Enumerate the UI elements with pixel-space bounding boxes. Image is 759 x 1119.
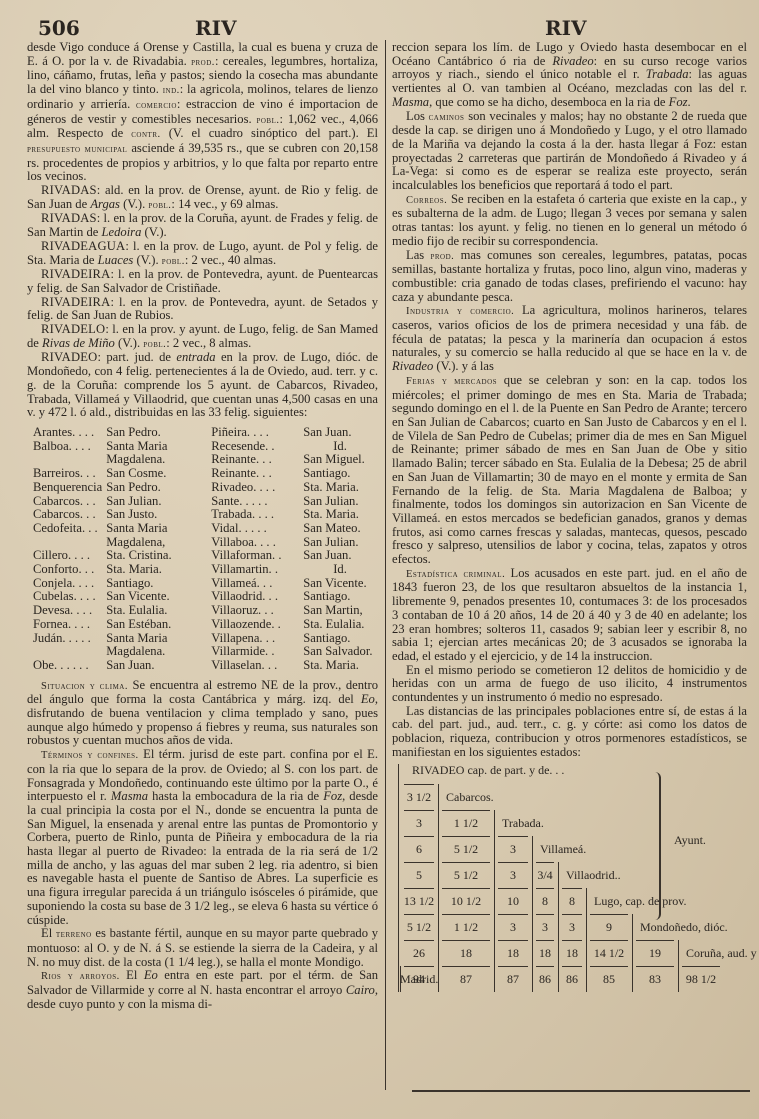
distance-row-label: Trabada.: [502, 813, 544, 833]
cell-rule: [536, 966, 554, 967]
parish-row: Conforto. . .Sta. Maria.Villamartin. .Id…: [33, 563, 375, 577]
cell-rule: [562, 940, 582, 941]
distance-table-title: RIVADEO cap. de part. y de. . .: [412, 764, 564, 778]
entry-rivadeira-1: RIVADEIRA: l. en la prov. de Pontevedra,…: [27, 268, 378, 295]
distance-cell: 6: [400, 839, 438, 859]
parish-place: [33, 536, 104, 550]
parish-patron: San Julian.: [303, 495, 374, 509]
right-column: reccion separa los lím. de Lugo y Oviedo…: [392, 41, 747, 1014]
parish-row: Cedofeita. . .Santa MariaVidal. . . . .S…: [33, 522, 375, 536]
distance-cell: 10 1/2: [438, 891, 494, 911]
running-head-left: RIV: [195, 16, 237, 40]
distance-cell: 3/4: [532, 865, 558, 885]
distance-cell: 3: [532, 917, 558, 937]
distance-cell: 13 1/2: [400, 891, 438, 911]
cell-rule: [562, 966, 582, 967]
section-distancias: Las distancias de las principales poblac…: [392, 705, 747, 760]
distance-cell: 8: [532, 891, 558, 911]
parish-place: Barreiros. . .: [33, 467, 104, 481]
distance-cell: 9: [586, 917, 632, 937]
section-ferias: Ferias y mercados que se celebran y son:…: [392, 374, 747, 567]
parish-patron: San Pedro.: [104, 481, 203, 495]
parish-row: Cabarcos. . .San Justo.Trabada. . . .Sta…: [33, 508, 375, 522]
distance-table: RIVADEO cap. de part. y de. . . Ayunt. 3…: [400, 764, 747, 1014]
parish-patron: Santiago.: [104, 577, 203, 591]
cell-rule: [536, 862, 554, 863]
parish-place: Villaodrid. . .: [203, 590, 303, 604]
parish-place: Villaboa. . . .: [203, 536, 303, 550]
entry-rivadeira-2: RIVADEIRA: l. en la prov. de Pontevedra,…: [27, 296, 378, 323]
parish-place: Conforto. . .: [33, 563, 104, 577]
distance-cell: 14 1/2: [586, 943, 632, 963]
parish-row: Obe. . . . . .San Juan.Villaselan. . .St…: [33, 659, 375, 673]
cell-rule: [590, 914, 628, 915]
distance-cell: 18: [532, 943, 558, 963]
cell-rule: [590, 966, 628, 967]
parish-patron: San Estéban.: [104, 618, 203, 632]
parish-patron: San Mateo.: [303, 522, 374, 536]
table-left-rule: [398, 764, 399, 992]
section-industria: Industria y comercio. La agricultura, mo…: [392, 304, 747, 374]
entry-rivadeagua: RIVADEAGUA: l. en la prov. de Lugo, ayun…: [27, 240, 378, 268]
parish-place: Villapena. . .: [203, 632, 303, 646]
running-header: 506 RIV RIV: [0, 16, 759, 40]
parish-place: Recesende. .: [203, 440, 303, 454]
parish-row: Cabarcos. . .San Julian.Sante. . . . .Sa…: [33, 495, 375, 509]
distance-cell: 5 1/2: [438, 839, 494, 859]
parish-patron: San Vicente.: [303, 577, 374, 591]
parish-place: Sante. . . . .: [203, 495, 303, 509]
section-situacion: Situacion y clima. Se encuentra al estre…: [27, 679, 378, 749]
parish-row: Devesa. . . .Sta. Eulalia.Villaoruz. . .…: [33, 604, 375, 618]
parish-patron: San Martin,: [303, 604, 374, 618]
parish-place: Benquerencia: [33, 481, 104, 495]
distance-cell: 10: [494, 891, 532, 911]
parish-place: Villameá. . .: [203, 577, 303, 591]
parish-patron: Sta. Eulalia.: [303, 618, 374, 632]
parish-row: Conjela. . . .Santiago.Villameá. . .San …: [33, 577, 375, 591]
section-terreno: El terreno es bastante fértil, aunque en…: [27, 927, 378, 969]
parish-row: BenquerenciaSan Pedro.Rivadeo. . . .Sta.…: [33, 481, 375, 495]
cell-rule: [562, 914, 582, 915]
distance-cell: 1 1/2: [438, 917, 494, 937]
section-terminos: Términos y confines. El térm. jurisd de …: [27, 748, 378, 927]
parish-patron: Sta. Maria.: [303, 481, 374, 495]
cell-rule: [562, 888, 582, 889]
parish-place: Conjela. . . .: [33, 577, 104, 591]
paragraph-rios-continued: reccion separa los lím. de Lugo y Oviedo…: [392, 41, 747, 110]
parish-row: Magdalena,Villaboa. . . .San Julian.: [33, 536, 375, 550]
parish-table: Arantes. . . .San Pedro.Piñeira. . . .Sa…: [33, 426, 375, 673]
parish-patron: San Juan.: [303, 426, 374, 440]
cell-rule: [404, 940, 434, 941]
cell-rule: [498, 836, 528, 837]
parish-row: Judán. . . . .Santa MariaVillapena. . .S…: [33, 632, 375, 646]
cell-rule: [404, 966, 434, 967]
distance-cell: 3 1/2: [400, 787, 438, 807]
parish-place: Villaozende. .: [203, 618, 303, 632]
parish-patron: Sta. Maria.: [104, 563, 203, 577]
running-head-right: RIV: [545, 16, 587, 40]
paragraph-continuation: desde Vigo conduce á Orense y Castilla, …: [27, 41, 378, 184]
parish-place: Cubelas. . . .: [33, 590, 104, 604]
parish-row: Cubelas. . . .San Vicente.Villaodrid. . …: [33, 590, 375, 604]
cell-rule: [404, 862, 434, 863]
parish-place: Villaselan. . .: [203, 659, 303, 673]
cell-rule: [498, 888, 528, 889]
distance-row-label: Cabarcos.: [446, 787, 494, 807]
section-caminos: Los caminos son vecinales y malos; hay n…: [392, 110, 747, 193]
entry-rivadas-2: RIVADAS: l. en la prov. de la Coruña, ay…: [27, 212, 378, 239]
section-rios: Rios y arroyos. El Eo entra en este part…: [27, 969, 378, 1011]
parish-place: Judán. . . . .: [33, 632, 104, 646]
distance-cell: 3: [494, 839, 532, 859]
parish-patron: Sta. Cristina.: [104, 549, 203, 563]
parish-patron: Santa Maria: [104, 440, 203, 454]
distance-row-label: Madrid.: [400, 969, 438, 989]
parish-patron: Santa Maria: [104, 522, 203, 536]
cell-rule: [442, 966, 490, 967]
cell-rule: [404, 914, 434, 915]
entry-rivadas-1: RIVADAS: ald. en la prov. de Orense, ayu…: [27, 184, 378, 212]
parish-patron: Magdalena,: [104, 536, 203, 550]
cell-rule: [536, 914, 554, 915]
cell-rule: [442, 862, 490, 863]
parish-place: [33, 645, 104, 659]
distance-row-label: Lugo, cap. de prov.: [594, 891, 687, 911]
distance-row-label: Coruña, aud. y c. g.: [686, 943, 759, 963]
parish-patron: Id.: [303, 440, 374, 454]
parish-place: Vidal. . . . .: [203, 522, 303, 536]
section-estadistica: Estadística criminal. Los acusados en es…: [392, 567, 747, 664]
cell-rule: [442, 940, 490, 941]
parish-patron: San Pedro.: [104, 426, 203, 440]
parish-row: Fornea. . . .San Estéban.Villaozende. .S…: [33, 618, 375, 632]
distance-cell: 19: [632, 943, 678, 963]
cell-rule: [442, 836, 490, 837]
parish-place: Piñeira. . . .: [203, 426, 303, 440]
table-bottom-rule: [412, 1090, 750, 1092]
cell-rule: [536, 940, 554, 941]
parish-place: Trabada. . . .: [203, 508, 303, 522]
distance-cell: 3: [558, 917, 586, 937]
distance-cell: 83: [632, 969, 678, 989]
cell-rule: [404, 836, 434, 837]
distance-cell: 3: [494, 865, 532, 885]
parish-patron: San Julian.: [303, 536, 374, 550]
distance-cell: 85: [586, 969, 632, 989]
cell-rule: [498, 914, 528, 915]
distance-cell: 3: [400, 813, 438, 833]
cell-rule: [442, 914, 490, 915]
parish-patron: Magdalena.: [104, 645, 203, 659]
parish-row: Cillero. . . .Sta. Cristina.Villaforman.…: [33, 549, 375, 563]
parish-patron: San Salvador.: [303, 645, 374, 659]
distance-cell: 98 1/2: [678, 969, 724, 989]
parish-place: Villarmide. .: [203, 645, 303, 659]
parish-place: Villamartin. .: [203, 563, 303, 577]
parish-patron: San Juan.: [303, 549, 374, 563]
parish-patron: San Justo.: [104, 508, 203, 522]
cell-rule: [498, 862, 528, 863]
cell-rule: [636, 940, 674, 941]
distance-cell: 5: [400, 865, 438, 885]
distance-cell: 18: [494, 943, 532, 963]
distance-cell: 5 1/2: [400, 917, 438, 937]
parish-place: Cedofeita. . .: [33, 522, 104, 536]
parish-patron: Santiago.: [303, 632, 374, 646]
distance-row-label: Mondoñedo, dióc.: [640, 917, 728, 937]
parish-patron: Sta. Eulalia.: [104, 604, 203, 618]
parish-place: Obe. . . . . .: [33, 659, 104, 673]
parish-place: Villaoruz. . .: [203, 604, 303, 618]
distance-cell: 87: [438, 969, 494, 989]
parish-patron: Sta. Maria.: [303, 659, 374, 673]
parish-place: Reinante. . .: [203, 467, 303, 481]
cell-rule: [442, 810, 490, 811]
distance-cell: 86: [532, 969, 558, 989]
parish-patron: Santiago.: [303, 467, 374, 481]
section-correos: Correos. Se reciben en la estafeta ó car…: [392, 193, 747, 249]
parish-row: Arantes. . . .San Pedro.Piñeira. . . .Sa…: [33, 426, 375, 440]
cell-rule: [442, 888, 490, 889]
parish-patron: San Julian.: [104, 495, 203, 509]
parish-place: Balboa. . . .: [33, 440, 104, 454]
parish-place: Fornea. . . .: [33, 618, 104, 632]
column-divider: [385, 40, 386, 1090]
distance-cell: 5 1/2: [438, 865, 494, 885]
entry-rivadeo: RIVADEO: part. jud. de entrada en la pro…: [27, 351, 378, 420]
ayunt-label: Ayunt.: [674, 834, 706, 848]
parish-patron: Sta. Maria.: [303, 508, 374, 522]
cell-rule: [404, 810, 434, 811]
cell-rule: [536, 888, 554, 889]
parish-patron: Santiago.: [303, 590, 374, 604]
parish-place: Villaforman. .: [203, 549, 303, 563]
parish-place: Cillero. . . .: [33, 549, 104, 563]
cell-rule: [590, 940, 628, 941]
entry-rivadelo: RIVADELO: l. en la prov. y ayunt. de Lug…: [27, 323, 378, 351]
parish-row: Magdalena.Reinante. . .San Miguel.: [33, 453, 375, 467]
left-column: desde Vigo conduce á Orense y Castilla, …: [27, 41, 378, 1012]
distance-cell: 3: [494, 917, 532, 937]
distance-cell: 87: [494, 969, 532, 989]
distance-cell: 8: [558, 891, 586, 911]
parish-place: Reinante. . .: [203, 453, 303, 467]
parish-row: Magdalena.Villarmide. .San Salvador.: [33, 645, 375, 659]
cell-rule: [404, 888, 434, 889]
distance-cell: 18: [558, 943, 586, 963]
section-prod: Las prod. mas comunes son cereales, legu…: [392, 249, 747, 305]
parish-patron: San Juan.: [104, 659, 203, 673]
parish-row: Barreiros. . .San Cosme.Reinante. . .San…: [33, 467, 375, 481]
section-delitos: En el mismo periodo se cometieron 12 del…: [392, 664, 747, 705]
parish-patron: Santa Maria: [104, 632, 203, 646]
cell-rule: [636, 966, 674, 967]
distance-cell: 1 1/2: [438, 813, 494, 833]
distance-cell: 86: [558, 969, 586, 989]
parish-place: Cabarcos. . .: [33, 495, 104, 509]
distance-cell: 26: [400, 943, 438, 963]
parish-place: Rivadeo. . . .: [203, 481, 303, 495]
page-number: 506: [38, 16, 80, 40]
parish-patron: San Vicente.: [104, 590, 203, 604]
parish-row: Balboa. . . .Santa MariaRecesende. .Id.: [33, 440, 375, 454]
cell-rule: [404, 784, 434, 785]
cell-rule: [498, 966, 528, 967]
cell-rule: [682, 966, 720, 967]
cell-rule: [498, 940, 528, 941]
parish-patron: San Cosme.: [104, 467, 203, 481]
parish-patron: Magdalena.: [104, 453, 203, 467]
distance-row-label: Villaodrid..: [566, 865, 621, 885]
distance-row-label: Villameá.: [540, 839, 586, 859]
parish-patron: San Miguel.: [303, 453, 374, 467]
parish-patron: Id.: [303, 563, 374, 577]
distance-cell: 18: [438, 943, 494, 963]
parish-place: Arantes. . . .: [33, 426, 104, 440]
dictionary-page: 506 RIV RIV desde Vigo conduce á Orense …: [0, 0, 759, 1119]
parish-place: [33, 453, 104, 467]
parish-place: Devesa. . . .: [33, 604, 104, 618]
parish-place: Cabarcos. . .: [33, 508, 104, 522]
